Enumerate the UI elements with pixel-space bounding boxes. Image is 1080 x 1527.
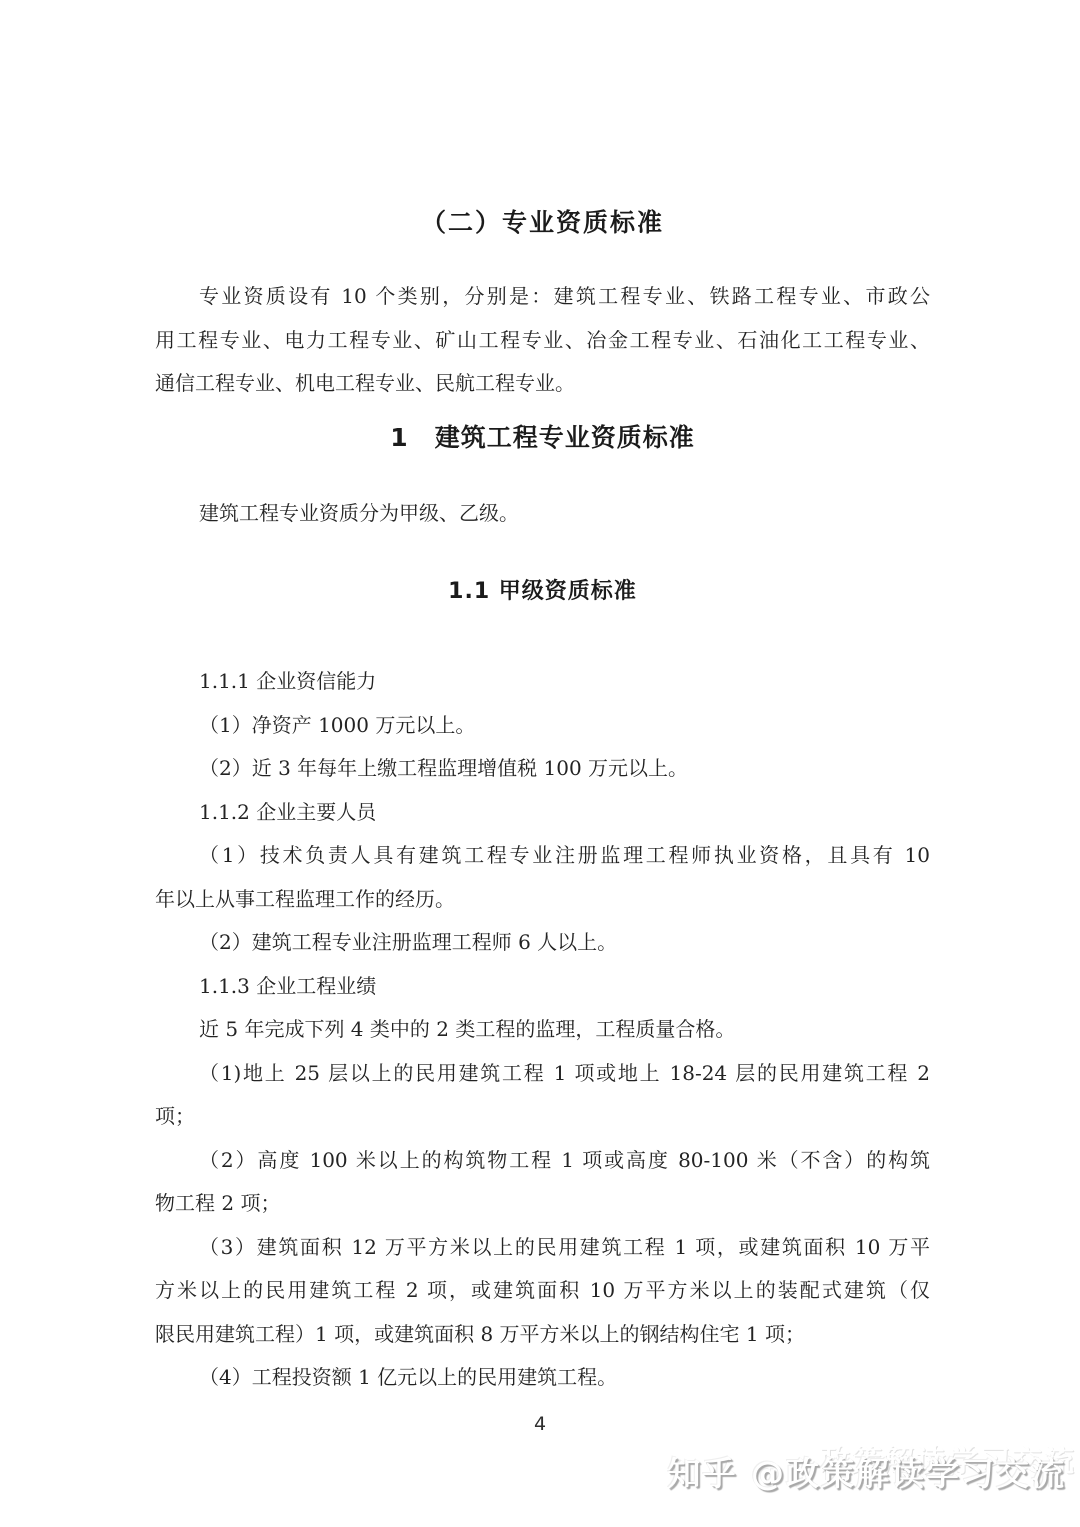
chapter-intro-line: 建筑工程专业资质分为甲级、乙级。 [155, 492, 930, 536]
clause-line: 方米以上的民用建筑工程 2 项，或建筑面积 10 万平方米以上的装配式建筑（仅 [155, 1269, 930, 1313]
clause-line: 物工程 2 项； [155, 1182, 930, 1226]
intro-line: 专业资质设有 10 个类别，分别是：建筑工程专业、铁路工程专业、市政公 [155, 275, 930, 319]
clause-line: 1.1.3 企业工程业绩 [155, 965, 930, 1009]
clause-line: （2）高度 100 米以上的构筑物工程 1 项或高度 80-100 米（不含）的… [155, 1139, 930, 1183]
clause-line: 限民用建筑工程）1 项，或建筑面积 8 万平方米以上的钢结构住宅 1 项； [155, 1313, 930, 1357]
zhihu-watermark: 知乎 @政策解读学习交流 [668, 1448, 1067, 1495]
document-content: （二）专业资质标准 专业资质设有 10 个类别，分别是：建筑工程专业、铁路工程专… [155, 0, 930, 1400]
clause-line: 年以上从事工程监理工作的经历。 [155, 878, 930, 922]
intro-line: 用工程专业、电力工程专业、矿山工程专业、冶金工程专业、石油化工工程专业、 [155, 319, 930, 363]
document-page: （二）专业资质标准 专业资质设有 10 个类别，分别是：建筑工程专业、铁路工程专… [0, 0, 1080, 1527]
clause-list: 1.1.1 企业资信能力 （1）净资产 1000 万元以上。 （2）近 3 年每… [155, 660, 930, 1400]
grade-heading: 1.1 甲级资质标准 [155, 576, 930, 608]
clause-line: （2）建筑工程专业注册监理工程师 6 人以上。 [155, 921, 930, 965]
intro-paragraph: 专业资质设有 10 个类别，分别是：建筑工程专业、铁路工程专业、市政公 用工程专… [155, 275, 930, 406]
clause-line: （3）建筑面积 12 万平方米以上的民用建筑工程 1 项，或建筑面积 10 万平 [155, 1226, 930, 1270]
clause-line: 1.1.1 企业资信能力 [155, 660, 930, 704]
chapter-heading: 1 建筑工程专业资质标准 [155, 420, 930, 456]
clause-line: （1）技术负责人具有建筑工程专业注册监理工程师执业资格，且具有 10 [155, 834, 930, 878]
clause-line: （2）近 3 年每年上缴工程监理增值税 100 万元以上。 [155, 747, 930, 791]
clause-line: （1）净资产 1000 万元以上。 [155, 704, 930, 748]
intro-line: 通信工程专业、机电工程专业、民航工程专业。 [155, 362, 930, 406]
clause-line: （1)地上 25 层以上的民用建筑工程 1 项或地上 18-24 层的民用建筑工… [155, 1052, 930, 1096]
clause-line: 1.1.2 企业主要人员 [155, 791, 930, 835]
section-title: （二）专业资质标准 [155, 205, 930, 241]
clause-line: 近 5 年完成下列 4 类中的 2 类工程的监理，工程质量合格。 [155, 1008, 930, 1052]
clause-line: （4）工程投资额 1 亿元以上的民用建筑工程。 [155, 1356, 930, 1400]
chapter-intro-paragraph: 建筑工程专业资质分为甲级、乙级。 [155, 492, 930, 536]
page-number: 4 [0, 1413, 1080, 1435]
clause-line: 项； [155, 1095, 930, 1139]
